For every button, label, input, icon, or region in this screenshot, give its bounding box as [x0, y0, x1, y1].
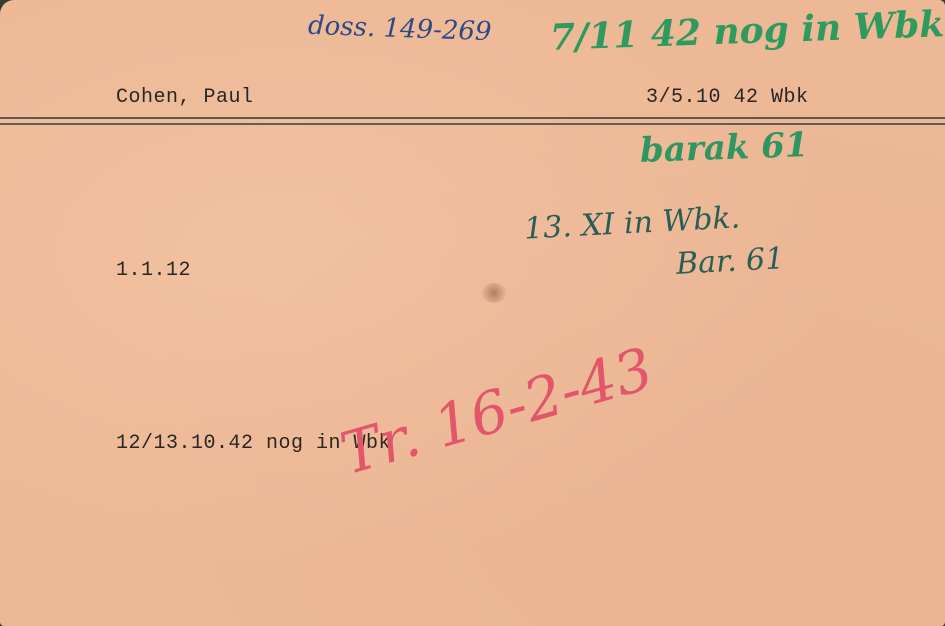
barrack-annotation: barak 61	[639, 125, 809, 171]
dossier-number-annotation: doss. 149-269	[308, 11, 492, 47]
transfer-annotation-line1: 13. XI in Wbk.	[523, 200, 741, 246]
transport-annotation: Tr. 16-2-43	[333, 334, 660, 488]
green-status-annotation: 7/11 42 nog in Wbk	[549, 3, 945, 59]
arrival-date-location: 3/5.10 42 Wbk	[646, 86, 809, 109]
header-rule-top	[0, 117, 945, 119]
person-name: Cohen, Paul	[116, 86, 254, 109]
stain-mark	[482, 283, 506, 303]
birth-date: 1.1.12	[116, 259, 191, 282]
index-card: doss. 149-269 7/11 42 nog in Wbk Cohen, …	[0, 0, 945, 626]
transfer-annotation-line2: Bar. 61	[675, 241, 785, 282]
